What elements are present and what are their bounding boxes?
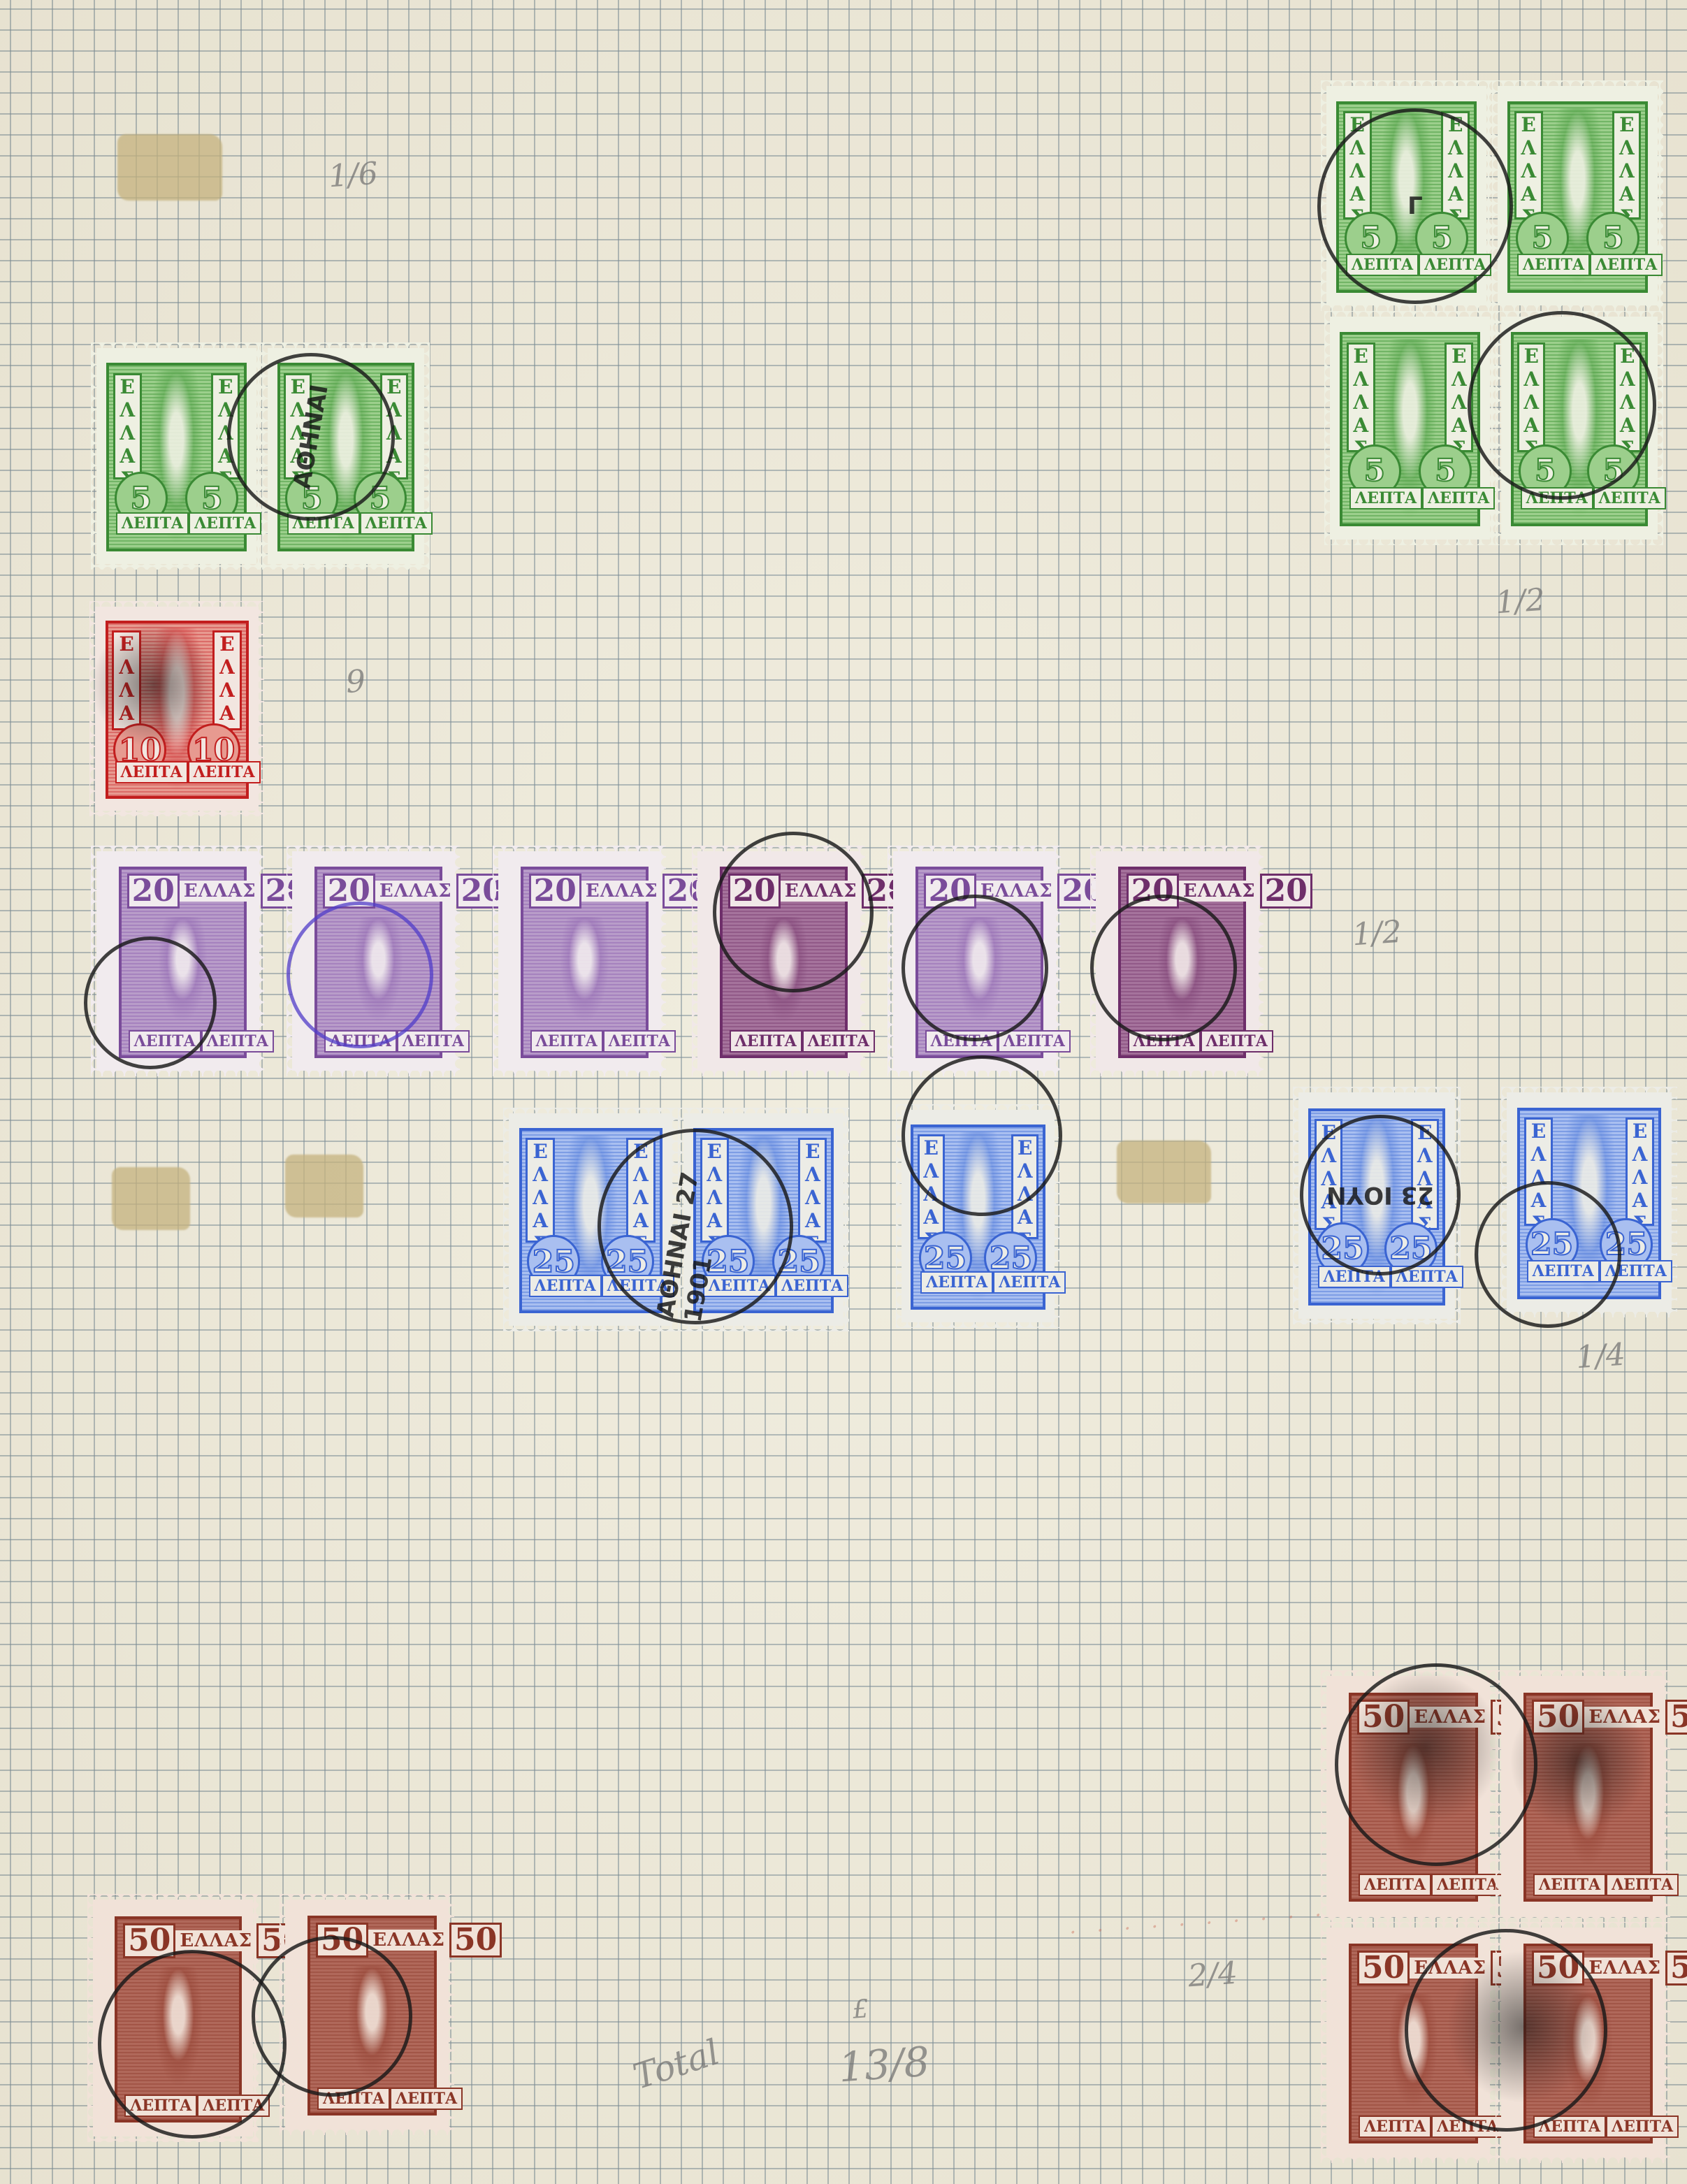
currency-label: ΛΕΠΤΑ bbox=[124, 2095, 197, 2117]
stamp-design: 20ΕΛΛΑΣ20ΛΕΠΤΑΛΕΠΤΑ bbox=[521, 867, 649, 1058]
stamp-design: 50ΕΛΛΑΣ50ΛΕΠΤΑΛΕΠΤΑ bbox=[1349, 1944, 1478, 2143]
country-column: ΕΛΛΑΣ bbox=[113, 373, 142, 479]
country-letter: Λ bbox=[1632, 1166, 1648, 1189]
country-letter: Λ bbox=[120, 421, 135, 444]
stamp-footer: ΛΕΠΤΑΛΕΠΤΑ bbox=[1352, 2113, 1475, 2141]
country-letter: Α bbox=[1018, 1206, 1033, 1229]
stamp-design: ΕΛΛΑΣΕΛΛΑΣ2525ΛΕΠΤΑΛΕΠΤΑ bbox=[693, 1128, 834, 1314]
stamp-header: 50ΕΛΛΑΣ50 bbox=[1526, 1946, 1650, 1990]
stamp-footer: ΛΕΠΤΑΛΕΠΤΑ bbox=[723, 1027, 846, 1055]
value-label: 20 bbox=[1260, 874, 1312, 909]
country-column: ΕΛΛΑΣ bbox=[1011, 1134, 1038, 1238]
country-letter: Ε bbox=[707, 1140, 722, 1163]
value-label: 50 bbox=[1665, 1700, 1687, 1735]
currency-label: ΛΕΠΤΑ bbox=[397, 1030, 470, 1053]
pencil-note: 1/2 bbox=[1494, 582, 1546, 621]
stamp-footer: ΛΕΠΤΑΛΕΠΤΑ bbox=[1526, 2113, 1650, 2141]
country-column: ΕΛΛΑΣ bbox=[380, 373, 408, 479]
country-letter: Ε bbox=[805, 1140, 820, 1163]
stamp-header: 50ΕΛΛΑΣ50 bbox=[1352, 1946, 1475, 1990]
country-label: ΕΛΛΑΣ bbox=[1179, 881, 1260, 902]
pencil-note: 1/2 bbox=[1351, 914, 1403, 953]
currency-label: ΛΕΠΤΑ bbox=[115, 761, 188, 783]
pencil-note-prefix: £ bbox=[852, 1995, 870, 2024]
stamp-header: 20ΕΛΛΑΣ20 bbox=[523, 869, 646, 913]
stamp-footer: ΛΕΠΤΑΛΕΠΤΑ bbox=[1352, 1871, 1475, 1899]
currency-label: ΛΕΠΤΑ bbox=[1431, 1874, 1504, 1896]
stamp-footer: ΛΕΠΤΑΛΕΠΤΑ bbox=[523, 1027, 646, 1055]
country-label: ΕΛΛΑΣ bbox=[368, 1930, 449, 1951]
stamp-violet-row[interactable]: 20ΕΛΛΑΣ20ΛΕΠΤΑΛΕΠΤΑ bbox=[692, 846, 865, 1076]
country-column: ΕΛΛΑΣ bbox=[626, 1138, 655, 1242]
country-letter: Λ bbox=[533, 1163, 548, 1186]
country-column: ΕΛΛΑΣ bbox=[1514, 111, 1543, 219]
hermes-figure-icon bbox=[354, 917, 403, 1023]
value-label: 20 bbox=[728, 874, 781, 909]
stamp-design: ΕΛΛΑΣΕΛΛΑΣ2525ΛΕΠΤΑΛΕΠΤΑ bbox=[1517, 1108, 1662, 1299]
stamp-footer: ΛΕΠΤΑΛΕΠΤΑ bbox=[1339, 251, 1474, 279]
country-letter: Α bbox=[805, 1209, 820, 1232]
country-column: ΕΛΛΑΣ bbox=[284, 373, 312, 479]
stamp-design: ΕΛΛΑΣΕΛΛΑΣ2525ΛΕΠΤΑΛΕΠΤΑ bbox=[519, 1128, 663, 1314]
currency-label: ΛΕΠΤΑ bbox=[1349, 487, 1422, 509]
stamp-design: ΕΛΛΑΣΕΛΛΑΣ55ΛΕΠΤΑΛΕΠΤΑ bbox=[1336, 101, 1477, 293]
country-letter: Λ bbox=[1451, 391, 1467, 414]
country-letter: Ε bbox=[1448, 113, 1463, 136]
hermes-figure-icon bbox=[158, 917, 207, 1023]
stamp-header: 50ΕΛΛΑΣ50 bbox=[117, 1919, 238, 1962]
country-letter: Α bbox=[1448, 182, 1463, 205]
country-column: ΕΛΛΑΣ bbox=[526, 1138, 554, 1242]
country-label: ΕΛΛΑΣ bbox=[1410, 1707, 1491, 1728]
stamp-blue-row[interactable]: ΕΛΛΑΣΕΛΛΑΣ2525ΛΕΠΤΑΛΕΠΤΑ bbox=[678, 1108, 849, 1331]
stamp-header: 20ΕΛΛΑΣ20 bbox=[723, 869, 846, 913]
country-column: ΕΛΛΑΣ bbox=[212, 630, 241, 731]
currency-label: ΛΕΠΤΑ bbox=[197, 2095, 270, 2117]
pencil-note-total-value: 13/8 bbox=[837, 2038, 932, 2092]
value-label: 50 bbox=[316, 1923, 368, 1958]
hermes-figure-icon bbox=[1563, 1994, 1613, 2109]
stamp-footer: ΛΕΠΤΑΛΕΠΤΑ bbox=[1121, 1027, 1244, 1055]
stamp-violet-row[interactable]: 20ΕΛΛΑΣ20ΛΕΠΤΑΛΕΠΤΑ bbox=[888, 846, 1061, 1076]
currency-label: ΛΕΠΤΑ bbox=[1521, 487, 1593, 509]
hermes-figure-icon bbox=[1389, 1994, 1438, 2109]
country-letter: Λ bbox=[386, 421, 402, 444]
country-column: ΕΛΛΑΣ bbox=[1315, 1119, 1342, 1230]
stamp-design: ΕΛΛΑΣΕΛΛΑΣ55ΛΕΠΤΑΛΕΠΤΑ bbox=[1511, 332, 1649, 526]
stamp-design: ΕΛΛΑΣΕΛΛΑΣ2525ΛΕΠΤΑΛΕΠΤΑ bbox=[1308, 1108, 1446, 1306]
stamp-violet-row[interactable]: 20ΕΛΛΑΣ20ΛΕΠΤΑΛΕΠΤΑ bbox=[1090, 846, 1264, 1076]
stamp-footer: ΛΕΠΤΑΛΕΠΤΑ bbox=[310, 2085, 434, 2113]
stamp-violet-row[interactable]: 20ΕΛΛΑΣ20ΛΕΠΤΑΛΕΠΤΑ bbox=[493, 846, 666, 1076]
value-label: 50 bbox=[123, 1923, 175, 1958]
stamp-footer: ΛΕΠΤΑΛΕΠΤΑ bbox=[1526, 1871, 1650, 1899]
currency-label: ΛΕΠΤΑ bbox=[324, 1030, 397, 1053]
country-letter: Λ bbox=[1523, 368, 1539, 391]
country-letter: Λ bbox=[1349, 159, 1365, 182]
currency-label: ΛΕΠΤΑ bbox=[1606, 2116, 1679, 2138]
currency-label: ΛΕΠΤΑ bbox=[1517, 254, 1590, 276]
country-letter: Ε bbox=[1521, 113, 1536, 136]
country-letter: Α bbox=[290, 444, 305, 468]
stamp-design: 50ΕΛΛΑΣ50ΛΕΠΤΑΛΕΠΤΑ bbox=[1523, 1693, 1653, 1902]
stamp-brown-singles[interactable]: 50ΕΛΛΑΣ50ΛΕΠΤΑΛΕΠΤΑ bbox=[280, 1894, 454, 2135]
currency-label: ΛΕΠΤΑ bbox=[390, 2088, 463, 2110]
country-letter: Α bbox=[923, 1206, 939, 1229]
stamp-header: 20ΕΛΛΑΣ20 bbox=[918, 869, 1041, 913]
currency-label: ΛΕΠΤΑ bbox=[360, 512, 433, 535]
stamp-green-block[interactable]: ΕΛΛΑΣΕΛΛΑΣ55ΛΕΠΤΑΛΕΠΤΑ bbox=[1321, 80, 1492, 311]
stamp-design: ΕΛΛΑΣΕΛΛΑΣ55ΛΕΠΤΑΛΕΠΤΑ bbox=[106, 363, 247, 551]
stamp-footer: ΛΕΠΤΑΛΕΠΤΑ bbox=[122, 1027, 245, 1055]
hermes-figure-icon bbox=[955, 917, 1004, 1023]
country-letter: Λ bbox=[219, 656, 235, 679]
country-letter: Α bbox=[707, 1209, 722, 1232]
stamp-design: ΕΛΛΑΣΕΛΛΑΣ55ΛΕΠΤΑΛΕΠΤΑ bbox=[1507, 101, 1648, 293]
country-letter: Α bbox=[1620, 414, 1635, 437]
country-letter: Ε bbox=[1632, 1120, 1647, 1143]
currency-label: ΛΕΠΤΑ bbox=[1422, 487, 1495, 509]
stamp-footer: ΛΕΠΤΑΛΕΠΤΑ bbox=[109, 509, 244, 537]
stamp-footer: ΛΕΠΤΑΛΕΠΤΑ bbox=[1510, 251, 1645, 279]
country-letter: Α bbox=[633, 1209, 649, 1232]
country-label: ΕΛΛΑΣ bbox=[1410, 1958, 1491, 1979]
stamp-design: 50ΕΛΛΑΣ50ΛΕΠΤΑΛΕΠΤΑ bbox=[1523, 1944, 1653, 2143]
country-label: ΕΛΛΑΣ bbox=[1584, 1958, 1665, 1979]
country-letter: Ε bbox=[533, 1140, 547, 1163]
stamp-header: 50ΕΛΛΑΣ50 bbox=[1352, 1695, 1475, 1739]
currency-label: ΛΕΠΤΑ bbox=[1346, 254, 1419, 276]
country-letter: Λ bbox=[1531, 1143, 1547, 1166]
currency-label: ΛΕΠΤΑ bbox=[925, 1030, 998, 1053]
stamp-red-single[interactable]: ΕΛΛΑΣΕΛΛΑΣ1010ΛΕΠΤΑΛΕΠΤΑ bbox=[89, 601, 264, 816]
country-letter: Ε bbox=[1531, 1120, 1546, 1143]
currency-label: ΛΕΠΤΑ bbox=[1533, 1874, 1606, 1896]
country-letter: Ε bbox=[1322, 1121, 1336, 1144]
currency-label: ΛΕΠΤΑ bbox=[1318, 1266, 1391, 1288]
currency-label: ΛΕΠΤΑ bbox=[1419, 254, 1491, 276]
country-letter: Λ bbox=[1632, 1143, 1648, 1166]
stamp-footer: ΛΕΠΤΑΛΕΠΤΑ bbox=[522, 1272, 660, 1300]
stamp-design: ΕΛΛΑΣΕΛΛΑΣ55ΛΕΠΤΑΛΕΠΤΑ bbox=[1340, 332, 1480, 526]
country-letter: Α bbox=[1349, 182, 1365, 205]
country-letter: Α bbox=[1321, 1190, 1336, 1213]
stamp-design: 20ΕΛΛΑΣ20ΛΕΠΤΑΛΕΠΤΑ bbox=[119, 867, 247, 1058]
country-column: ΕΛΛΑΣ bbox=[798, 1138, 827, 1242]
hinge-remnant bbox=[285, 1155, 363, 1217]
currency-label: ΛΕΠΤΑ bbox=[920, 1271, 993, 1294]
currency-label: ΛΕΠΤΑ bbox=[776, 1275, 848, 1297]
country-letter: Α bbox=[1523, 414, 1539, 437]
stamp-brown-block[interactable]: 50ΕΛΛΑΣ50ΛΕΠΤΑΛΕΠΤΑ bbox=[1496, 1922, 1670, 2163]
currency-label: ΛΕΠΤΑ bbox=[1533, 2116, 1606, 2138]
currency-label: ΛΕΠΤΑ bbox=[201, 1030, 274, 1053]
currency-label: ΛΕΠΤΑ bbox=[730, 1030, 802, 1053]
stamp-violet-row[interactable]: 20ΕΛΛΑΣ20ΛΕΠΤΑΛΕΠΤΑ bbox=[91, 846, 264, 1076]
currency-label: ΛΕΠΤΑ bbox=[703, 1275, 776, 1297]
country-letter: Ε bbox=[1354, 345, 1368, 368]
stamp-brown-block[interactable]: 50ΕΛΛΑΣ50ΛΕΠΤΑΛΕΠΤΑ bbox=[1321, 1922, 1496, 2163]
country-letter: Α bbox=[120, 444, 135, 468]
country-letter: Λ bbox=[1619, 159, 1635, 182]
currency-label: ΛΕΠΤΑ bbox=[129, 1030, 201, 1053]
pencil-note: 1/4 bbox=[1574, 1337, 1626, 1376]
stamp-footer: ΛΕΠΤΑΛΕΠΤΑ bbox=[913, 1268, 1043, 1296]
country-letter: Λ bbox=[533, 1186, 548, 1209]
stamp-design: ΕΛΛΑΣΕΛΛΑΣ2525ΛΕΠΤΑΛΕΠΤΑ bbox=[911, 1124, 1045, 1310]
value-label: 50 bbox=[449, 1923, 502, 1958]
stamp-blue-row[interactable]: ΕΛΛΑΣΕΛΛΑΣ2525ΛΕΠΤΑΛΕΠΤΑ bbox=[1501, 1087, 1677, 1317]
country-letter: Ε bbox=[119, 632, 133, 656]
country-letter: Λ bbox=[1321, 1144, 1336, 1167]
country-letter: Λ bbox=[119, 656, 134, 679]
country-letter: Λ bbox=[386, 398, 402, 421]
stamp-brown-block[interactable]: 50ΕΛΛΑΣ50ΛΕΠΤΑΛΕΠΤΑ bbox=[1321, 1670, 1496, 1922]
currency-label: ΛΕΠΤΑ bbox=[1128, 1030, 1201, 1053]
country-letter: Λ bbox=[219, 679, 235, 702]
currency-label: ΛΕΠΤΑ bbox=[1527, 1260, 1600, 1282]
country-letter: Λ bbox=[805, 1186, 820, 1209]
country-letter: Α bbox=[1619, 182, 1635, 205]
country-column: ΕΛΛΑΣ bbox=[1343, 111, 1372, 219]
stamp-header: 50ΕΛΛΑΣ50 bbox=[1526, 1695, 1650, 1739]
value-label: 50 bbox=[1665, 1951, 1687, 1986]
country-letter: Λ bbox=[923, 1159, 939, 1183]
country-label: ΕΛΛΑΣ bbox=[581, 881, 663, 902]
country-letter: Α bbox=[1632, 1189, 1648, 1212]
stamp-design: 50ΕΛΛΑΣ50ΛΕΠΤΑΛΕΠΤΑ bbox=[1349, 1693, 1478, 1902]
country-letter: Λ bbox=[1523, 391, 1539, 414]
country-letter: Λ bbox=[1451, 368, 1467, 391]
country-letter: Ε bbox=[1451, 345, 1466, 368]
stamp-green-block[interactable]: ΕΛΛΑΣΕΛΛΑΣ55ΛΕΠΤΑΛΕΠΤΑ bbox=[1492, 80, 1663, 311]
country-letter: Α bbox=[1353, 414, 1368, 437]
country-letter: Λ bbox=[120, 398, 135, 421]
country-column: ΕΛΛΑΣ bbox=[700, 1138, 729, 1242]
hinge-remnant bbox=[117, 134, 222, 201]
stamp-footer: ΛΕΠΤΑΛΕΠΤΑ bbox=[117, 2092, 238, 2120]
country-letter: Λ bbox=[1620, 368, 1635, 391]
country-letter: Ε bbox=[1018, 1136, 1032, 1159]
country-letter: Λ bbox=[923, 1183, 939, 1206]
country-letter: Λ bbox=[218, 421, 233, 444]
stamp-header: 20ΕΛΛΑΣ20 bbox=[1121, 869, 1244, 913]
country-letter: Λ bbox=[290, 398, 305, 421]
country-column: ΕΛΛΑΣ bbox=[1612, 111, 1641, 219]
hermes-figure-icon bbox=[1563, 1743, 1613, 1867]
country-letter: Λ bbox=[805, 1163, 820, 1186]
pencil-note: 2/4 bbox=[1187, 1955, 1238, 1995]
country-letter: Λ bbox=[1353, 368, 1368, 391]
currency-label: ΛΕΠΤΑ bbox=[602, 1275, 674, 1297]
country-letter: Ε bbox=[633, 1140, 648, 1163]
country-letter: Ε bbox=[1619, 113, 1634, 136]
stamp-blue-row[interactable]: ΕΛΛΑΣΕΛΛΑΣ2525ΛΕΠΤΑΛΕΠΤΑ bbox=[503, 1108, 678, 1331]
country-column: ΕΛΛΑΣ bbox=[1347, 342, 1375, 452]
country-letter: Ε bbox=[120, 375, 135, 398]
stamp-brown-block[interactable]: 50ΕΛΛΑΣ50ΛΕΠΤΑΛΕΠΤΑ bbox=[1496, 1670, 1670, 1922]
pencil-note-total-label: Total bbox=[628, 2032, 724, 2097]
stamp-footer: ΛΕΠΤΑΛΕΠΤΑ bbox=[696, 1272, 831, 1300]
country-label: ΕΛΛΑΣ bbox=[1584, 1707, 1665, 1728]
value-label: 50 bbox=[1532, 1951, 1584, 1986]
value-label: 50 bbox=[1532, 1700, 1584, 1735]
value-label: 20 bbox=[529, 874, 581, 909]
currency-label: ΛΕΠΤΑ bbox=[529, 1275, 602, 1297]
country-letter: Λ bbox=[218, 398, 233, 421]
country-letter: Λ bbox=[1353, 391, 1368, 414]
country-letter: Λ bbox=[1018, 1183, 1033, 1206]
country-letter: Ε bbox=[1417, 1121, 1432, 1144]
stamp-design: ΕΛΛΑΣΕΛΛΑΣ55ΛΕΠΤΑΛΕΠΤΑ bbox=[277, 363, 415, 551]
stamp-footer: ΛΕΠΤΑΛΕΠΤΑ bbox=[317, 1027, 440, 1055]
currency-label: ΛΕΠΤΑ bbox=[116, 512, 189, 535]
pencil-note: 9 bbox=[345, 663, 366, 700]
stamp-design: 50ΕΛΛΑΣ50ΛΕΠΤΑΛΕΠΤΑ bbox=[115, 1916, 241, 2122]
value-label: 20 bbox=[127, 874, 180, 909]
country-label: ΕΛΛΑΣ bbox=[976, 881, 1057, 902]
stamp-footer: ΛΕΠΤΑΛΕΠΤΑ bbox=[918, 1027, 1041, 1055]
stamp-footer: ΛΕΠΤΑΛΕΠΤΑ bbox=[108, 758, 246, 786]
country-letter: Α bbox=[1417, 1190, 1433, 1213]
value-label: 20 bbox=[1127, 874, 1179, 909]
stamp-design: 20ΕΛΛΑΣ20ΛΕΠΤΑΛΕΠΤΑ bbox=[915, 867, 1044, 1058]
country-column: ΕΛΛΑΣ bbox=[211, 373, 240, 479]
hermes-figure-icon bbox=[154, 1967, 202, 2088]
country-letter: Α bbox=[1531, 1189, 1547, 1212]
country-letter: Α bbox=[218, 444, 233, 468]
stamp-green-block[interactable]: ΕΛΛΑΣΕΛΛΑΣ55ΛΕΠΤΑΛΕΠΤΑ bbox=[1324, 311, 1496, 545]
country-letter: Λ bbox=[1417, 1167, 1433, 1190]
country-letter: Α bbox=[219, 702, 235, 725]
stamp-blue-row[interactable]: ΕΛΛΑΣΕΛΛΑΣ2525ΛΕΠΤΑΛΕΠΤΑ bbox=[896, 1104, 1060, 1328]
country-letter: Λ bbox=[1417, 1144, 1433, 1167]
currency-label: ΛΕΠΤΑ bbox=[189, 512, 261, 535]
country-letter: Λ bbox=[1018, 1159, 1033, 1183]
currency-label: ΛΕΠΤΑ bbox=[1600, 1260, 1672, 1282]
country-column: ΕΛΛΑΣ bbox=[1445, 342, 1473, 452]
stamp-blue-row[interactable]: ΕΛΛΑΣΕΛΛΑΣ2525ΛΕΠΤΑΛΕΠΤΑ bbox=[1293, 1087, 1461, 1324]
hermes-figure-icon bbox=[1157, 917, 1206, 1023]
country-letter: Α bbox=[119, 702, 134, 725]
country-column: ΕΛΛΑΣ bbox=[1524, 1118, 1554, 1225]
country-column: ΕΛΛΑΣ bbox=[112, 630, 140, 731]
country-column: ΕΛΛΑΣ bbox=[918, 1134, 945, 1238]
currency-label: ΛΕΠΤΑ bbox=[188, 761, 261, 783]
currency-label: ΛΕΠΤΑ bbox=[603, 1030, 676, 1053]
stamp-green-pair[interactable]: ΕΛΛΑΣΕΛΛΑΣ55ΛΕΠΤΑΛΕΠΤΑ bbox=[91, 342, 262, 570]
stamp-header: 20ΕΛΛΑΣ20 bbox=[122, 869, 245, 913]
country-letter: Λ bbox=[1448, 159, 1463, 182]
country-column: ΕΛΛΑΣ bbox=[1441, 111, 1470, 219]
country-column: ΕΛΛΑΣ bbox=[1411, 1119, 1439, 1230]
currency-label: ΛΕΠΤΑ bbox=[530, 1030, 603, 1053]
hermes-figure-icon bbox=[347, 1966, 397, 2081]
pencil-note: 1/6 bbox=[327, 156, 379, 195]
country-letter: Ε bbox=[1350, 113, 1365, 136]
country-letter: Ε bbox=[218, 375, 233, 398]
stamp-violet-row[interactable]: 20ΕΛΛΑΣ20ΛΕΠΤΑΛΕΠΤΑ bbox=[287, 846, 460, 1076]
country-letter: Ε bbox=[1524, 345, 1539, 368]
stamp-footer: ΛΕΠΤΑΛΕΠΤΑ bbox=[1520, 1257, 1659, 1285]
stamp-green-pair[interactable]: ΕΛΛΑΣΕΛΛΑΣ55ΛΕΠΤΑΛΕΠΤΑ bbox=[262, 342, 430, 570]
country-label: ΕΛΛΑΣ bbox=[180, 881, 261, 902]
country-label: ΕΛΛΑΣ bbox=[175, 1930, 256, 1951]
hinge-remnant bbox=[112, 1167, 190, 1230]
country-letter: Λ bbox=[1521, 159, 1536, 182]
stamp-footer: ΛΕΠΤΑΛΕΠΤΑ bbox=[1514, 484, 1646, 512]
value-label: 50 bbox=[1357, 1951, 1410, 1986]
value-label: 20 bbox=[323, 874, 375, 909]
country-letter: Ε bbox=[291, 375, 305, 398]
stamp-design: 20ΕΛΛΑΣ20ΛΕΠΤΑΛΕΠΤΑ bbox=[1118, 867, 1247, 1058]
stamp-brown-singles[interactable]: 50ΕΛΛΑΣ50ΛΕΠΤΑΛΕΠΤΑ bbox=[87, 1894, 259, 2142]
stamp-footer: ΛΕΠΤΑΛΕΠΤΑ bbox=[1311, 1263, 1443, 1291]
currency-label: ΛΕΠΤΑ bbox=[998, 1030, 1071, 1053]
currency-label: ΛΕΠΤΑ bbox=[1606, 1874, 1679, 1896]
value-label: 50 bbox=[1357, 1700, 1410, 1735]
currency-label: ΛΕΠΤΑ bbox=[802, 1030, 875, 1053]
stamp-footer: ΛΕΠΤΑΛΕΠΤΑ bbox=[1342, 484, 1477, 512]
stamp-design: ΕΛΛΑΣΕΛΛΑΣ1010ΛΕΠΤΑΛΕΠΤΑ bbox=[106, 621, 249, 800]
currency-label: ΛΕΠΤΑ bbox=[993, 1271, 1066, 1294]
hermes-figure-icon bbox=[1389, 1743, 1438, 1867]
hinge-remnant bbox=[1117, 1141, 1211, 1203]
country-column: ΕΛΛΑΣ bbox=[1517, 342, 1545, 452]
stamp-design: 50ΕΛΛΑΣ50ΛΕΠΤΑΛΕΠΤΑ bbox=[307, 1916, 437, 2116]
country-letter: Α bbox=[1451, 414, 1467, 437]
country-letter: Λ bbox=[119, 679, 134, 702]
currency-label: ΛΕΠΤΑ bbox=[1593, 487, 1666, 509]
currency-label: ΛΕΠΤΑ bbox=[1590, 254, 1663, 276]
country-letter: Λ bbox=[1448, 136, 1463, 159]
value-label: 20 bbox=[924, 874, 976, 909]
country-label: ΕΛΛΑΣ bbox=[781, 881, 862, 902]
country-letter: Α bbox=[533, 1209, 548, 1232]
stamp-header: 20ΕΛΛΑΣ20 bbox=[317, 869, 440, 913]
country-letter: Ε bbox=[1620, 345, 1635, 368]
country-letter: Λ bbox=[1321, 1167, 1336, 1190]
country-letter: Α bbox=[386, 444, 402, 468]
currency-label: ΛΕΠΤΑ bbox=[1391, 1266, 1463, 1288]
currency-label: ΛΕΠΤΑ bbox=[1431, 2116, 1504, 2138]
country-letter: Α bbox=[1521, 182, 1536, 205]
country-letter: Λ bbox=[707, 1186, 722, 1209]
country-letter: Ε bbox=[386, 375, 401, 398]
country-column: ΕΛΛΑΣ bbox=[1626, 1118, 1655, 1225]
country-letter: Λ bbox=[707, 1163, 722, 1186]
hermes-figure-icon bbox=[759, 917, 808, 1023]
currency-label: ΛΕΠΤΑ bbox=[1359, 1874, 1431, 1896]
currency-label: ΛΕΠΤΑ bbox=[1359, 2116, 1431, 2138]
country-column: ΕΛΛΑΣ bbox=[1614, 342, 1642, 452]
country-letter: Λ bbox=[633, 1163, 649, 1186]
country-letter: Λ bbox=[290, 421, 305, 444]
currency-label: ΛΕΠΤΑ bbox=[317, 2088, 390, 2110]
stamp-design: 20ΕΛΛΑΣ20ΛΕΠΤΑΛΕΠΤΑ bbox=[314, 867, 443, 1058]
country-letter: Λ bbox=[1521, 136, 1536, 159]
country-letter: Λ bbox=[633, 1186, 649, 1209]
country-letter: Ε bbox=[219, 632, 234, 656]
hermes-figure-icon bbox=[560, 917, 609, 1023]
country-letter: Λ bbox=[1531, 1166, 1547, 1189]
currency-label: ΛΕΠΤΑ bbox=[1201, 1030, 1273, 1053]
currency-label: ΛΕΠΤΑ bbox=[287, 512, 360, 535]
country-letter: Λ bbox=[1619, 136, 1635, 159]
stamp-green-block[interactable]: ΕΛΛΑΣΕΛΛΑΣ55ΛΕΠΤΑΛΕΠΤΑ bbox=[1496, 311, 1663, 545]
stamp-footer: ΛΕΠΤΑΛΕΠΤΑ bbox=[280, 509, 412, 537]
stamp-header: 50ΕΛΛΑΣ50 bbox=[310, 1918, 434, 1962]
